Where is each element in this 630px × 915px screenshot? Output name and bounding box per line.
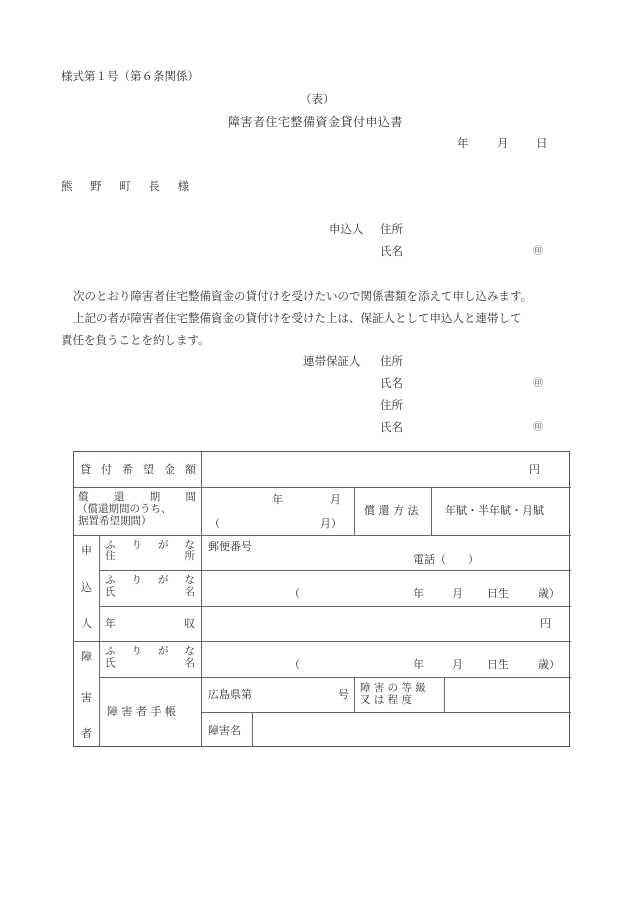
address-label: 住所	[105, 551, 195, 562]
guarantor-1-name-label: 氏名	[380, 378, 403, 390]
applicant-name-input[interactable]	[202, 571, 570, 605]
applicant-label: 申込人	[329, 224, 364, 236]
loan-amount-label: 貸付希望金額	[80, 464, 196, 475]
loan-amount-unit: 円	[529, 464, 540, 475]
disabled-birth-paren-open: （	[289, 659, 300, 670]
postal-code-label: 郵便番号	[208, 541, 252, 552]
col-divider	[354, 487, 355, 535]
addressee: 熊 野 町 長 様	[61, 181, 189, 193]
handbook-number-input[interactable]	[259, 678, 339, 711]
paragraph-1: 次のとおり障害者住宅整備資金の貸付けを受けたいので関係書類を添えて申し込みます。	[73, 291, 532, 303]
disability-name-label: 障害名	[208, 725, 241, 736]
applicant-section-label-1: 申	[81, 545, 92, 556]
disabled-section-label-2: 害	[81, 692, 92, 703]
applicant-address-label: 住所	[380, 224, 403, 236]
guarantor-label: 連帯保証人	[303, 356, 361, 368]
applicant-seal-icon: ㊞	[533, 247, 543, 257]
income-input[interactable]	[202, 607, 570, 640]
birth-day-unit: 日生	[487, 588, 509, 599]
repayment-period-label: 償還期間	[78, 492, 196, 503]
handbook-label: 障 害 者 手 帳	[107, 706, 176, 717]
guarantor-2-seal-icon: ㊞	[533, 423, 543, 433]
income-unit: 円	[540, 618, 551, 629]
date-day: 日	[536, 138, 548, 150]
disabled-birth-year-unit: 年	[413, 659, 424, 670]
applicant-section-label-3: 人	[81, 618, 92, 629]
date-year: 年	[457, 138, 469, 150]
age-unit: 歳）	[538, 588, 560, 599]
grade-label-1: 障 害 の 等 級	[360, 683, 426, 694]
guarantor-2-address-label: 住所	[380, 400, 403, 412]
col-divider	[354, 677, 355, 712]
birth-year-unit: 年	[413, 588, 424, 599]
form-number: 様式第１号（第６条関係）	[61, 71, 199, 83]
guarantor-2-name-label: 氏名	[380, 422, 403, 434]
name-furigana-label: ふりがな	[105, 575, 195, 586]
disabled-name-furigana-label: ふりがな	[105, 646, 195, 657]
disabled-name-input[interactable]	[202, 642, 570, 676]
deferment-month-unit: 月）	[320, 518, 342, 529]
address-furigana-label: ふりがな	[105, 540, 195, 551]
disabled-section-label-3: 者	[81, 728, 92, 739]
disabled-name-label: 氏名	[105, 658, 195, 669]
handbook-number-prefix: 広島県第	[208, 689, 252, 700]
application-table: 貸付希望金額 円 償還期間 （償還期間のうち、 据置希望期間） 年 月 （ 月）…	[73, 451, 570, 747]
repayment-method-label: 償 還 方 法	[364, 505, 419, 516]
side-label: （表）	[300, 94, 335, 106]
page-title: 障害者住宅整備資金貸付申込書	[228, 116, 403, 128]
birth-month-unit: 月	[452, 588, 463, 599]
disabled-birth-month-unit: 月	[452, 659, 463, 670]
disabled-age-unit: 歳）	[538, 659, 560, 670]
deferment-label-2: 据置希望期間）	[78, 516, 152, 527]
repayment-year-unit: 年	[272, 494, 283, 505]
grade-label-2: 又 は 程 度	[360, 695, 412, 706]
applicant-section-label-2: 込	[81, 582, 92, 593]
paragraph-2-line-2: 責任を負うことを約します。	[61, 335, 210, 347]
deferment-label-1: （償還期間のうち、	[77, 504, 172, 515]
col-divider	[99, 535, 100, 747]
phone-label: 電話（ ）	[413, 554, 479, 565]
loan-amount-input[interactable]	[202, 453, 570, 486]
name-label: 氏名	[105, 587, 195, 598]
applicant-address-input[interactable]	[202, 536, 570, 569]
repayment-method-options[interactable]: 年賦・半年賦・月賦	[445, 505, 544, 516]
col-divider	[431, 487, 432, 535]
disabled-section-label-1: 障	[81, 651, 92, 662]
birth-paren-open: （	[289, 588, 300, 599]
handbook-number-suffix: 号	[338, 689, 349, 700]
guarantor-1-seal-icon: ㊞	[533, 379, 543, 389]
applicant-name-label: 氏名	[380, 246, 403, 258]
income-label: 年収	[105, 618, 195, 629]
repayment-month-unit: 月	[330, 494, 341, 505]
deferment-paren-open: （	[209, 518, 220, 529]
disabled-birth-day-unit: 日生	[487, 659, 509, 670]
paragraph-2-line-1: 上記の者が障害者住宅整備資金の貸付けを受けた上は、保証人として申込人と連帯して	[73, 313, 522, 325]
date-month: 月	[497, 138, 509, 150]
disability-name-input[interactable]	[253, 713, 570, 746]
guarantor-1-address-label: 住所	[380, 356, 403, 368]
grade-input[interactable]	[445, 678, 570, 711]
